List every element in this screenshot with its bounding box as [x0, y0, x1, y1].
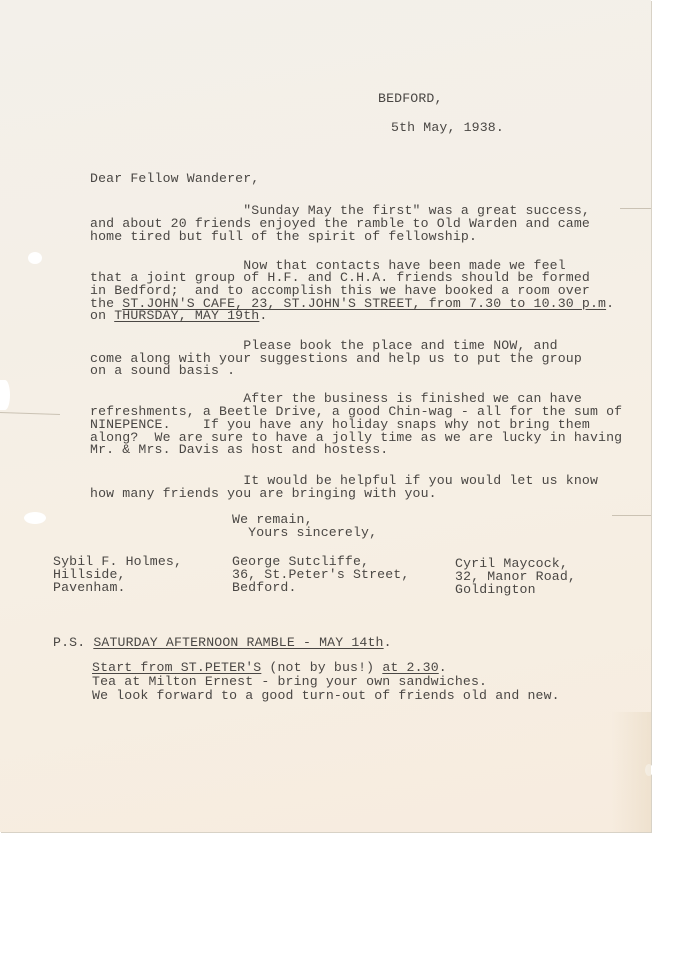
start-suffix: .: [439, 660, 447, 675]
start-location: Start from ST.PETER'S: [92, 660, 261, 675]
postscript-label: P.S.: [53, 635, 93, 650]
signatory-address: Pavenham.: [53, 582, 126, 595]
day-line: on THURSDAY, MAY 19th.: [90, 310, 267, 323]
postscript-heading: SATURDAY AFTERNOON RAMBLE - MAY 14th: [93, 635, 383, 650]
postscript-start-line: Start from ST.PETER'S (not by bus!) at 2…: [92, 662, 447, 675]
letter-date: 5th May, 1938.: [391, 122, 504, 135]
paper-hole: [645, 764, 653, 776]
meeting-day: THURSDAY, MAY 19th: [114, 308, 259, 323]
body-line: how many friends you are bringing with y…: [90, 488, 437, 501]
day-suffix: .: [259, 308, 267, 323]
postscript-heading-suffix: .: [384, 635, 392, 650]
letter-place: BEDFORD,: [378, 93, 443, 106]
postscript-heading-line: P.S. SATURDAY AFTERNOON RAMBLE - MAY 14t…: [53, 637, 392, 650]
closing-line: Yours sincerely,: [232, 527, 377, 540]
day-prefix: on: [90, 308, 114, 323]
signatory-address: Bedford.: [232, 582, 297, 595]
letter-paper: BEDFORD, 5th May, 1938. Dear Fellow Wand…: [0, 0, 651, 832]
signatory-address: Goldington: [455, 584, 536, 597]
body-line: on a sound basis .: [90, 365, 235, 378]
body-line: Mr. & Mrs. Davis as host and hostess.: [90, 444, 388, 457]
postscript-line: We look forward to a good turn-out of fr…: [92, 690, 560, 703]
paper-hole: [0, 380, 10, 410]
letter-salutation: Dear Fellow Wanderer,: [90, 173, 259, 186]
paper-crease: [612, 515, 651, 516]
paper-crease: [620, 208, 651, 209]
paper-hole: [24, 512, 46, 524]
paper-hole: [28, 252, 42, 264]
postscript-line: Tea at Milton Ernest - bring your own sa…: [92, 676, 487, 689]
start-time: at 2.30: [382, 660, 438, 675]
start-note: (not by bus!): [261, 660, 382, 675]
body-line: home tired but full of the spirit of fel…: [90, 231, 477, 244]
venue-suffix: .: [606, 296, 614, 311]
paper-crease: [0, 412, 60, 415]
